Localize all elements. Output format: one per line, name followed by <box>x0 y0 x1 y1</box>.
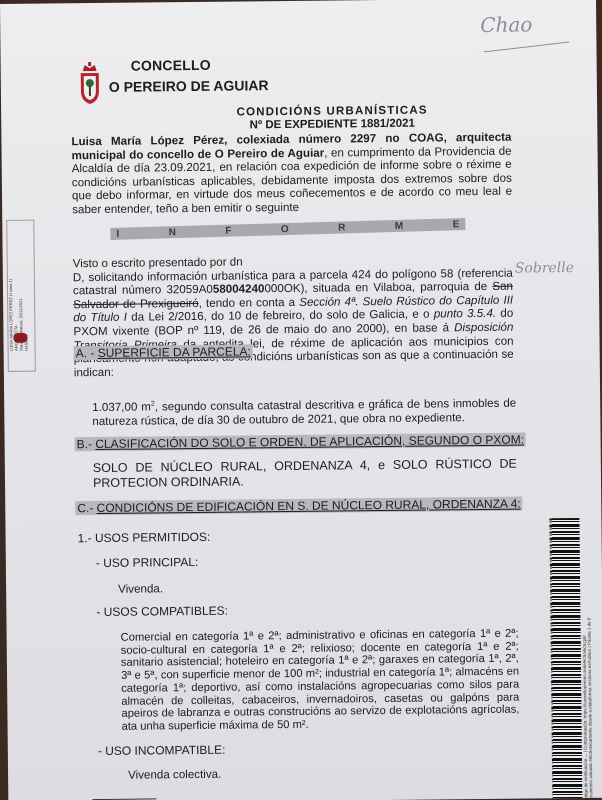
visto-paragraph: Visto o escrito presentado por dn D, sol… <box>73 253 514 380</box>
usos-compatibles-text: Comercial en categoría 1ª e 2ª; administ… <box>121 628 520 734</box>
section-b-body: SOLO DE NÚCLEO RURAL, ORDENANZA 4, e SOL… <box>93 457 517 491</box>
section-b-heading: B.- CLASIFICACIÓN DO SOLO E ORDEN. DE AP… <box>75 433 527 452</box>
uso-principal-heading: - USO PRINCIPAL: <box>96 555 199 570</box>
uso-principal-value: Vivenda. <box>118 582 163 595</box>
coat-of-arms-icon <box>79 61 101 105</box>
signature-stamp: LUISA MARIA LOPEZ PEREZ (1 para 1) ARQUI… <box>6 220 36 372</box>
handwritten-note: Chao <box>480 12 532 37</box>
seal-icon <box>13 333 27 343</box>
uso-incompatible-heading: - USO INCOMPATIBLE: <box>98 743 226 758</box>
org-name-line2: O PEREIRO DE AGUIAR <box>109 77 269 95</box>
section-a-heading: A. - SUPERFICIE DA PARCELA: <box>74 344 253 360</box>
uso-incompatible-value: Vivenda colectiva. <box>128 768 221 782</box>
usos-permitidos-heading: 1.- USOS PERMITIDOS: <box>78 530 211 545</box>
intro-paragraph: Luisa María López Pérez, colexiada númer… <box>71 131 512 217</box>
usos-compatibles-heading: - USOS COMPATIBLES: <box>96 604 228 619</box>
org-name-line1: CONCELLO <box>131 57 211 74</box>
barcode <box>549 518 582 798</box>
informe-heading: I N F O R M E <box>110 218 465 240</box>
handwritten-margin-note: Sobrelle <box>515 260 574 277</box>
handwritten-underline <box>484 42 570 53</box>
section-c-heading: C.- CONDICIÓNS DE EDIFICACIÓN EN S. DE N… <box>75 497 523 516</box>
document-page: Chao CONCELLO O PEREIRO DE AGUIAR CONDIC… <box>0 0 602 800</box>
section-a-body: 1.037,00 m2, segundo consulta catastral … <box>92 397 516 429</box>
verification-text: Código de verificación ... | Comprobació… <box>580 483 593 800</box>
